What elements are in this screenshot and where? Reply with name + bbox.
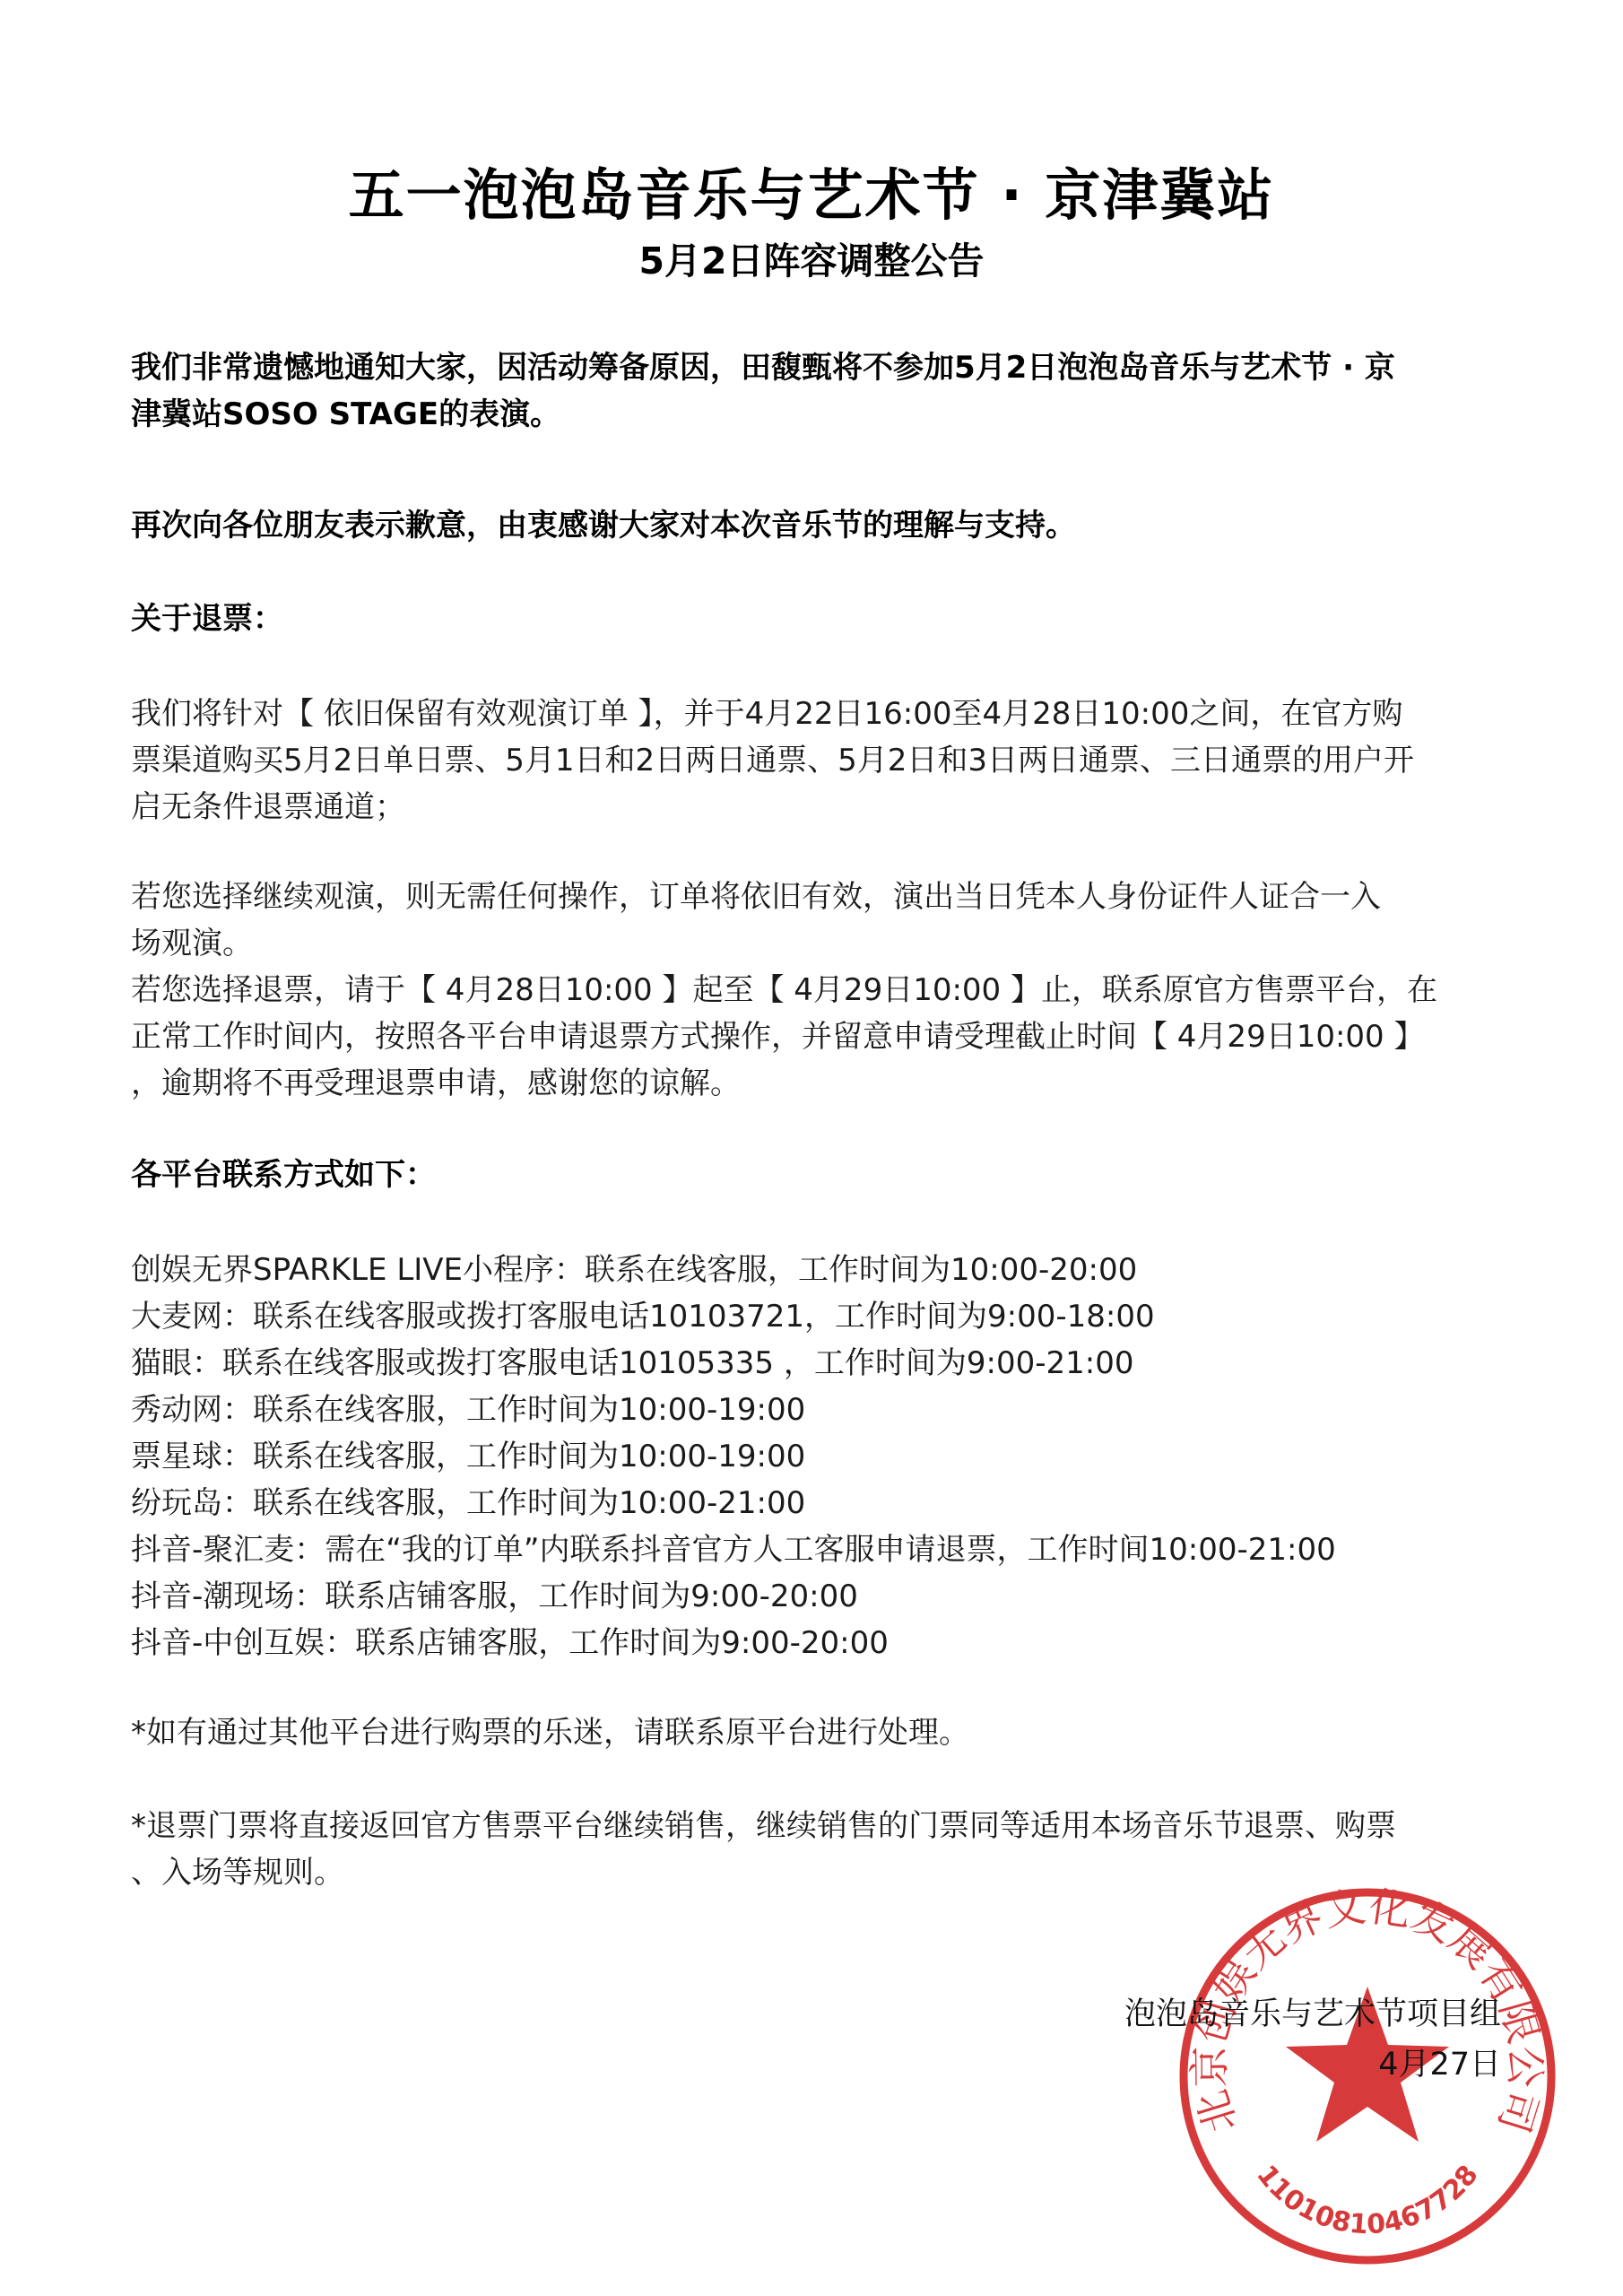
refund-instruction-line: ，逾期将不再受理退票申请，感谢您的谅解。: [131, 1060, 1512, 1107]
other-platforms-note-text: *如有通过其他平台进行购票的乐迷，请联系原平台进行处理。: [131, 1709, 1512, 1756]
apology-line: 再次向各位朋友表示歉意，由衷感谢大家对本次音乐节的理解与支持。: [131, 502, 1512, 549]
contacts-heading-text: 各平台联系方式如下：: [131, 1152, 1512, 1198]
refund-scope-line: 票渠道购买5月2日单日票、5月1日和2日两日通票、5月2日和3日两日通票、三日通…: [131, 737, 1512, 784]
intro-line: 津冀站SOSO STAGE的表演。: [131, 391, 1512, 438]
signature-organizer: 泡泡岛音乐与艺术节项目组: [1124, 1989, 1501, 2039]
contact-item: 大麦网：联系在线客服或拨打客服电话10103721，工作时间为9:00-18:0…: [131, 1293, 1512, 1340]
seal-code-text: 11010810467728: [1250, 2160, 1484, 2241]
intro-paragraph: 我们非常遗憾地通知大家，因活动筹备原因，田馥甄将不参加5月2日泡泡岛音乐与艺术节…: [131, 344, 1512, 438]
apology-paragraph: 再次向各位朋友表示歉意，由衷感谢大家对本次音乐节的理解与支持。: [131, 502, 1512, 549]
refund-scope-line: 启无条件退票通道；: [131, 784, 1512, 831]
resale-note: *退票门票将直接返回官方售票平台继续销售，继续销售的门票同等适用本场音乐节退票、…: [131, 1803, 1512, 1896]
resale-note-line: *退票门票将直接返回官方售票平台继续销售，继续销售的门票同等适用本场音乐节退票、…: [131, 1803, 1512, 1849]
intro-line: 我们非常遗憾地通知大家，因活动筹备原因，田馥甄将不参加5月2日泡泡岛音乐与艺术节…: [131, 344, 1512, 391]
contact-item: 猫眼：联系在线客服或拨打客服电话10105335 ，工作时间为9:00-21:0…: [131, 1340, 1512, 1387]
refund-scope-paragraph: 我们将针对【 依旧保留有效观演订单 】，并于4月22日16:00至4月28日10…: [131, 691, 1512, 831]
signature-block: 泡泡岛音乐与艺术节项目组 4月27日: [1124, 1989, 1501, 2090]
refund-instruction-line: 正常工作时间内，按照各平台申请退票方式操作，并留意申请受理截止时间【 4月29日…: [131, 1013, 1512, 1060]
contact-item: 票星球：联系在线客服，工作时间为10:00-19:00: [131, 1433, 1512, 1480]
signature-date: 4月27日: [1124, 2039, 1501, 2090]
continue-paragraph: 若您选择继续观演，则无需任何操作，订单将依旧有效，演出当日凭本人身份证件人证合一…: [131, 874, 1512, 967]
contact-item: 抖音-潮现场：联系店铺客服，工作时间为9:00-20:00: [131, 1573, 1512, 1620]
continue-line: 场观演。: [131, 920, 1512, 967]
page-title: 五一泡泡岛音乐与艺术节 · 京津冀站: [0, 151, 1623, 230]
other-platforms-note: *如有通过其他平台进行购票的乐迷，请联系原平台进行处理。: [131, 1709, 1512, 1756]
page-subtitle: 5月2日阵容调整公告: [0, 231, 1623, 284]
refund-heading: 关于退票：: [131, 596, 1512, 642]
contacts-list: 创娱无界SPARKLE LIVE小程序：联系在线客服，工作时间为10:00-20…: [131, 1247, 1512, 1666]
refund-instructions-paragraph: 若您选择退票，请于【 4月28日10:00 】起至【 4月29日10:00 】止…: [131, 967, 1512, 1107]
continue-line: 若您选择继续观演，则无需任何操作，订单将依旧有效，演出当日凭本人身份证件人证合一…: [131, 874, 1512, 920]
contact-item: 纷玩岛：联系在线客服，工作时间为10:00-21:00: [131, 1480, 1512, 1526]
refund-heading-text: 关于退票：: [131, 596, 1512, 642]
contact-item: 抖音-中创互娱：联系店铺客服，工作时间为9:00-20:00: [131, 1620, 1512, 1666]
contact-item: 抖音-聚汇麦：需在“我的订单”内联系抖音官方人工客服申请退票，工作时间10:00…: [131, 1526, 1512, 1573]
contact-item: 创娱无界SPARKLE LIVE小程序：联系在线客服，工作时间为10:00-20…: [131, 1247, 1512, 1293]
contacts-heading: 各平台联系方式如下：: [131, 1152, 1512, 1198]
announcement-page: 五一泡泡岛音乐与艺术节 · 京津冀站 5月2日阵容调整公告 我们非常遗憾地通知大…: [0, 0, 1623, 2296]
refund-scope-line: 我们将针对【 依旧保留有效观演订单 】，并于4月22日16:00至4月28日10…: [131, 691, 1512, 737]
contact-item: 秀动网：联系在线客服，工作时间为10:00-19:00: [131, 1387, 1512, 1433]
refund-instruction-line: 若您选择退票，请于【 4月28日10:00 】起至【 4月29日10:00 】止…: [131, 967, 1512, 1013]
